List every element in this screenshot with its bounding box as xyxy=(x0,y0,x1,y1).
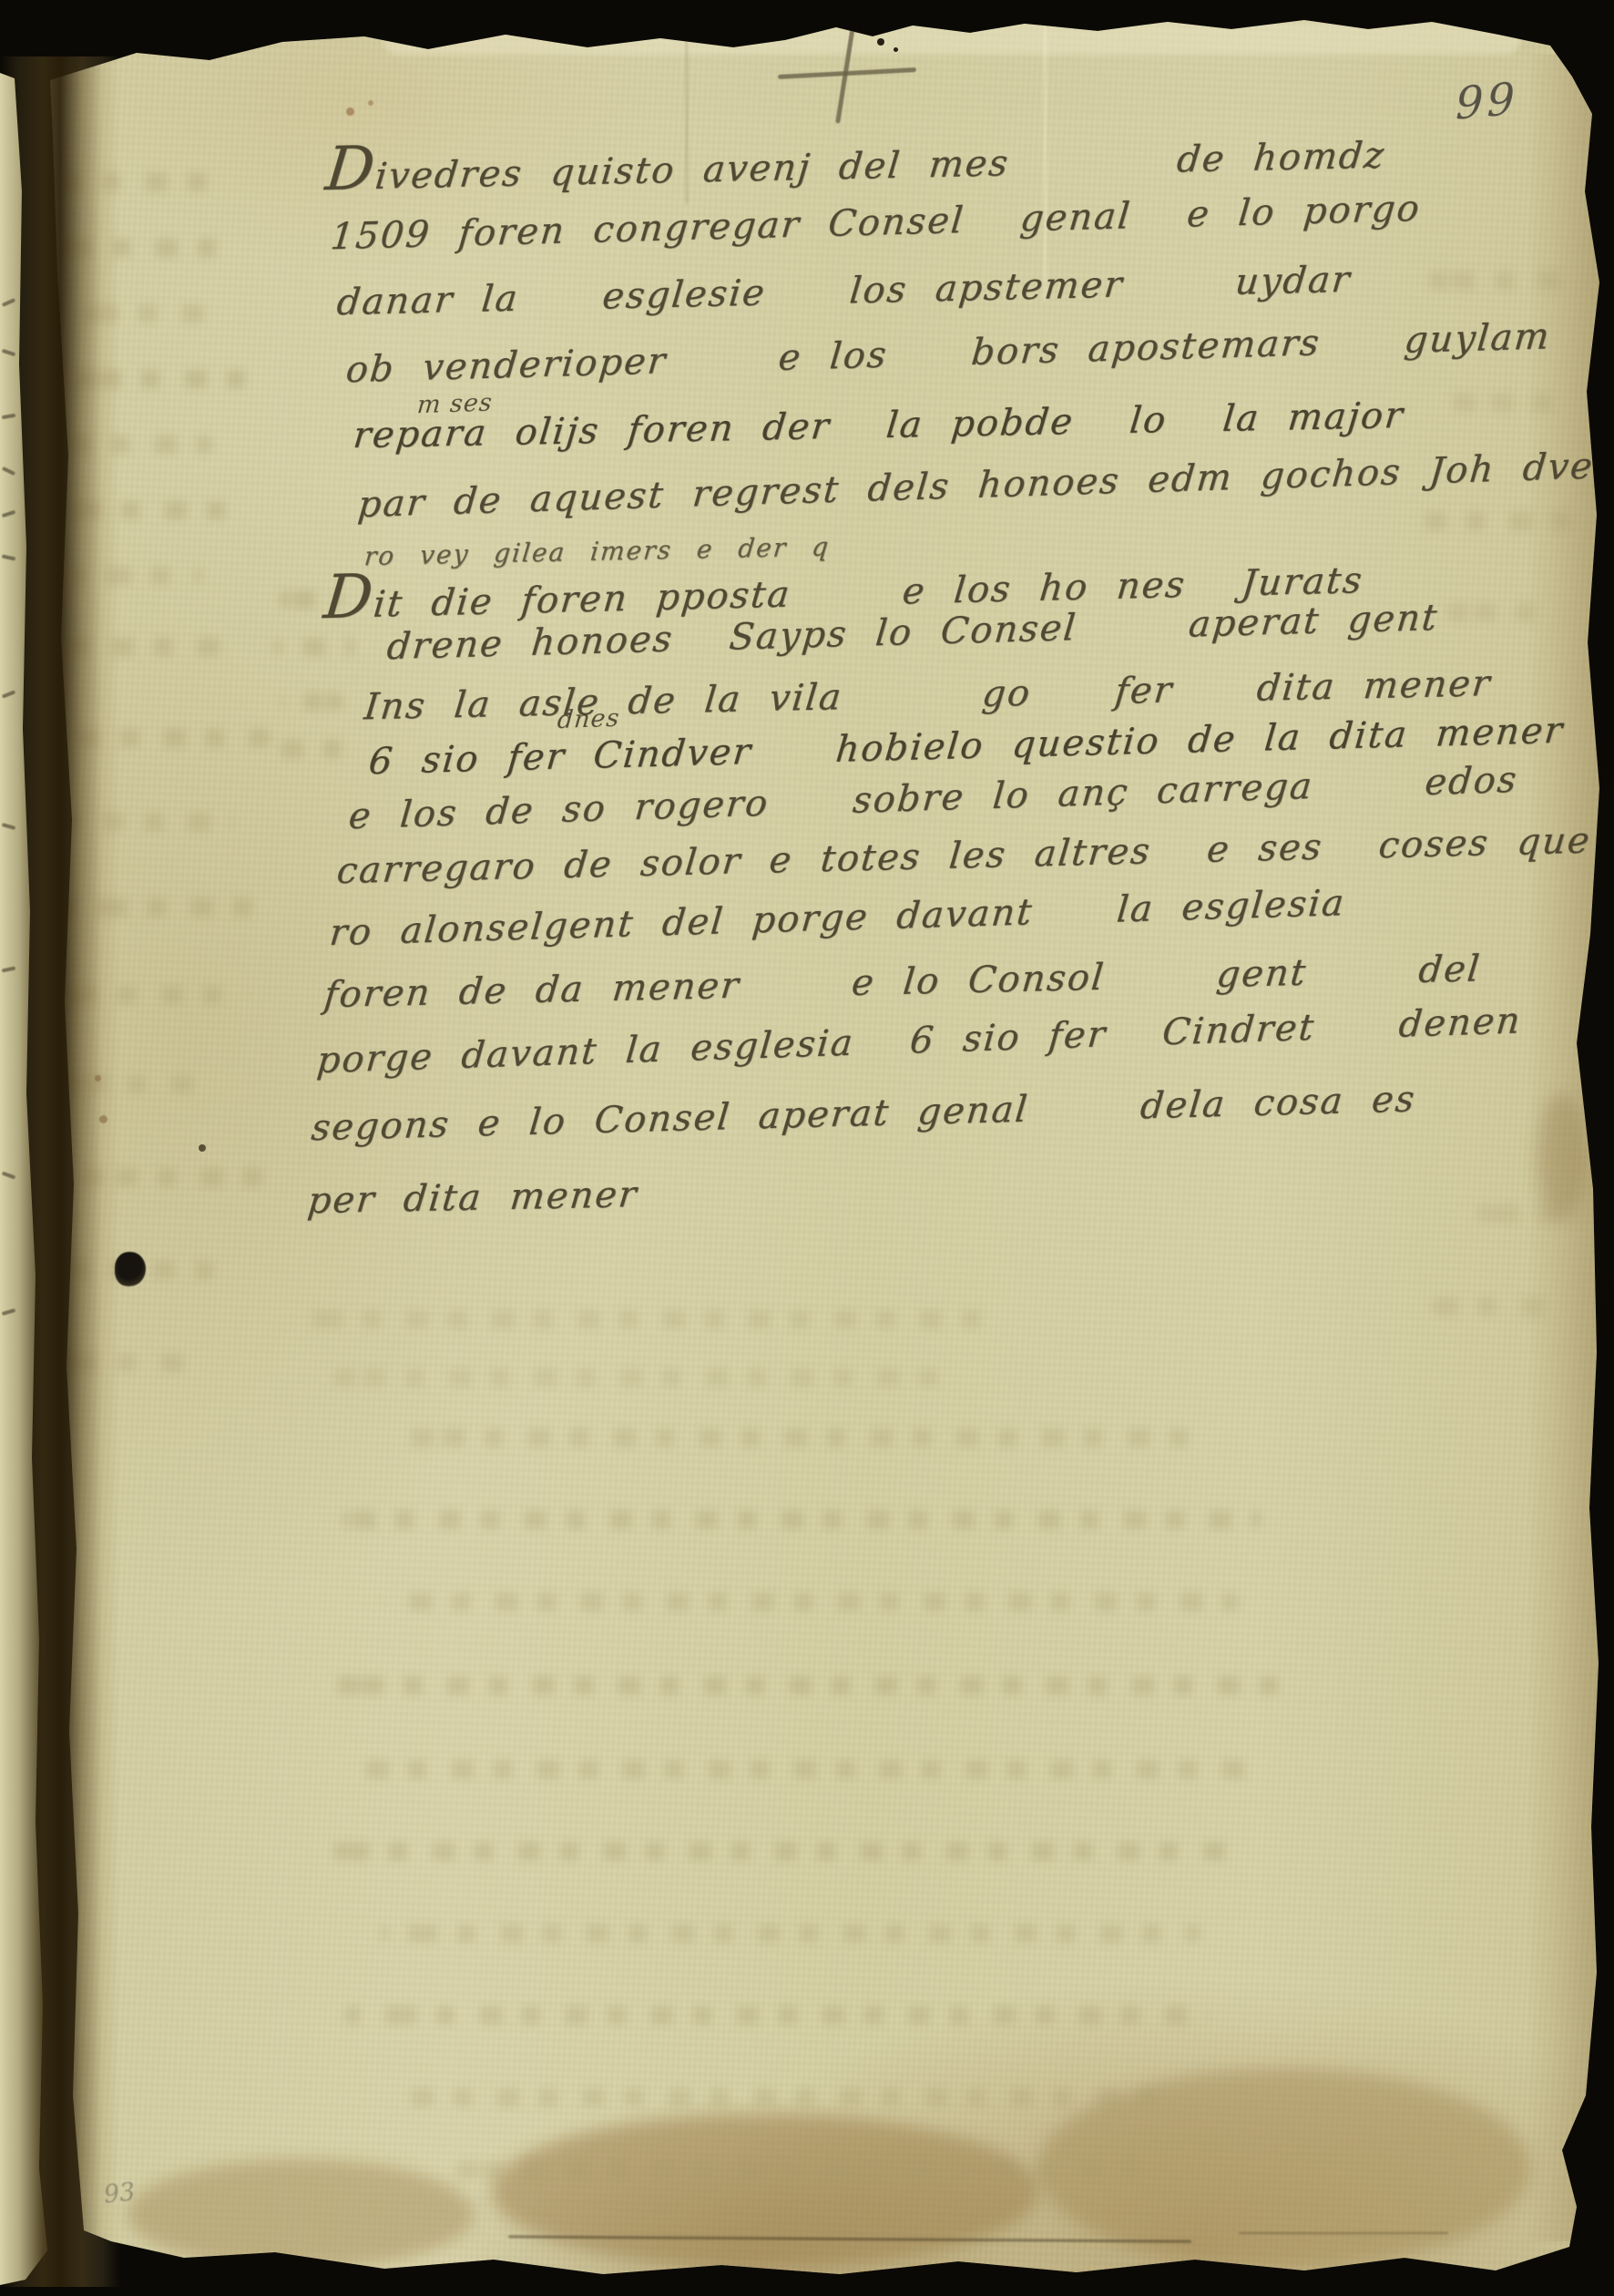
fragment-ink-mark xyxy=(2,966,16,972)
manuscript-line: Divedres quisto avenj del mes de homdz xyxy=(322,115,1389,203)
manuscript-line: danar la esglesie los apstemer uydar xyxy=(335,260,1354,323)
fragment-ink-mark xyxy=(2,414,15,420)
fragment-ink-mark xyxy=(2,554,16,560)
text-block: Divedres quisto avenj del mes de homdz 1… xyxy=(0,0,1614,2296)
manuscript-page: 99 Divedres quisto avenj del mes de homd… xyxy=(0,0,1614,2296)
manuscript-line: foren de da mener e lo Consol gent del xyxy=(322,948,1483,1015)
left-page-fragment xyxy=(0,0,64,2296)
manuscript-line: par de aquest regrest dels honoes edm go… xyxy=(356,446,1596,525)
manuscript-line: ro alonselgent del porge davant la esgle… xyxy=(328,883,1347,953)
fragment-ink-mark xyxy=(2,690,15,698)
manuscript-line: porge davant la esglesia 6 sio fer Cindr… xyxy=(315,1000,1523,1081)
fragment-ink-mark xyxy=(2,466,15,476)
fragment-ink-mark xyxy=(2,349,16,356)
fragment-ink-mark xyxy=(2,510,16,518)
manuscript-line: segons e lo Consel aperat genal dela cos… xyxy=(310,1079,1418,1148)
manuscript-line: ob venderioper e los bors apostemars guy… xyxy=(344,316,1553,390)
fragment-ink-mark xyxy=(2,298,15,307)
manuscript-line: per dita mener xyxy=(306,1174,640,1221)
fragment-ink-mark xyxy=(2,823,16,830)
scanned-book-photograph: 99 Divedres quisto avenj del mes de homd… xyxy=(0,0,1614,2296)
manuscript-line: repara olijs foren der la pobde lo la ma… xyxy=(352,395,1406,456)
fragment-ink-mark xyxy=(2,1172,15,1180)
interlinear-insertion: dnes xyxy=(557,704,621,735)
interlinear-insertion: m ses xyxy=(416,388,495,419)
fragment-ink-mark xyxy=(2,1308,16,1316)
